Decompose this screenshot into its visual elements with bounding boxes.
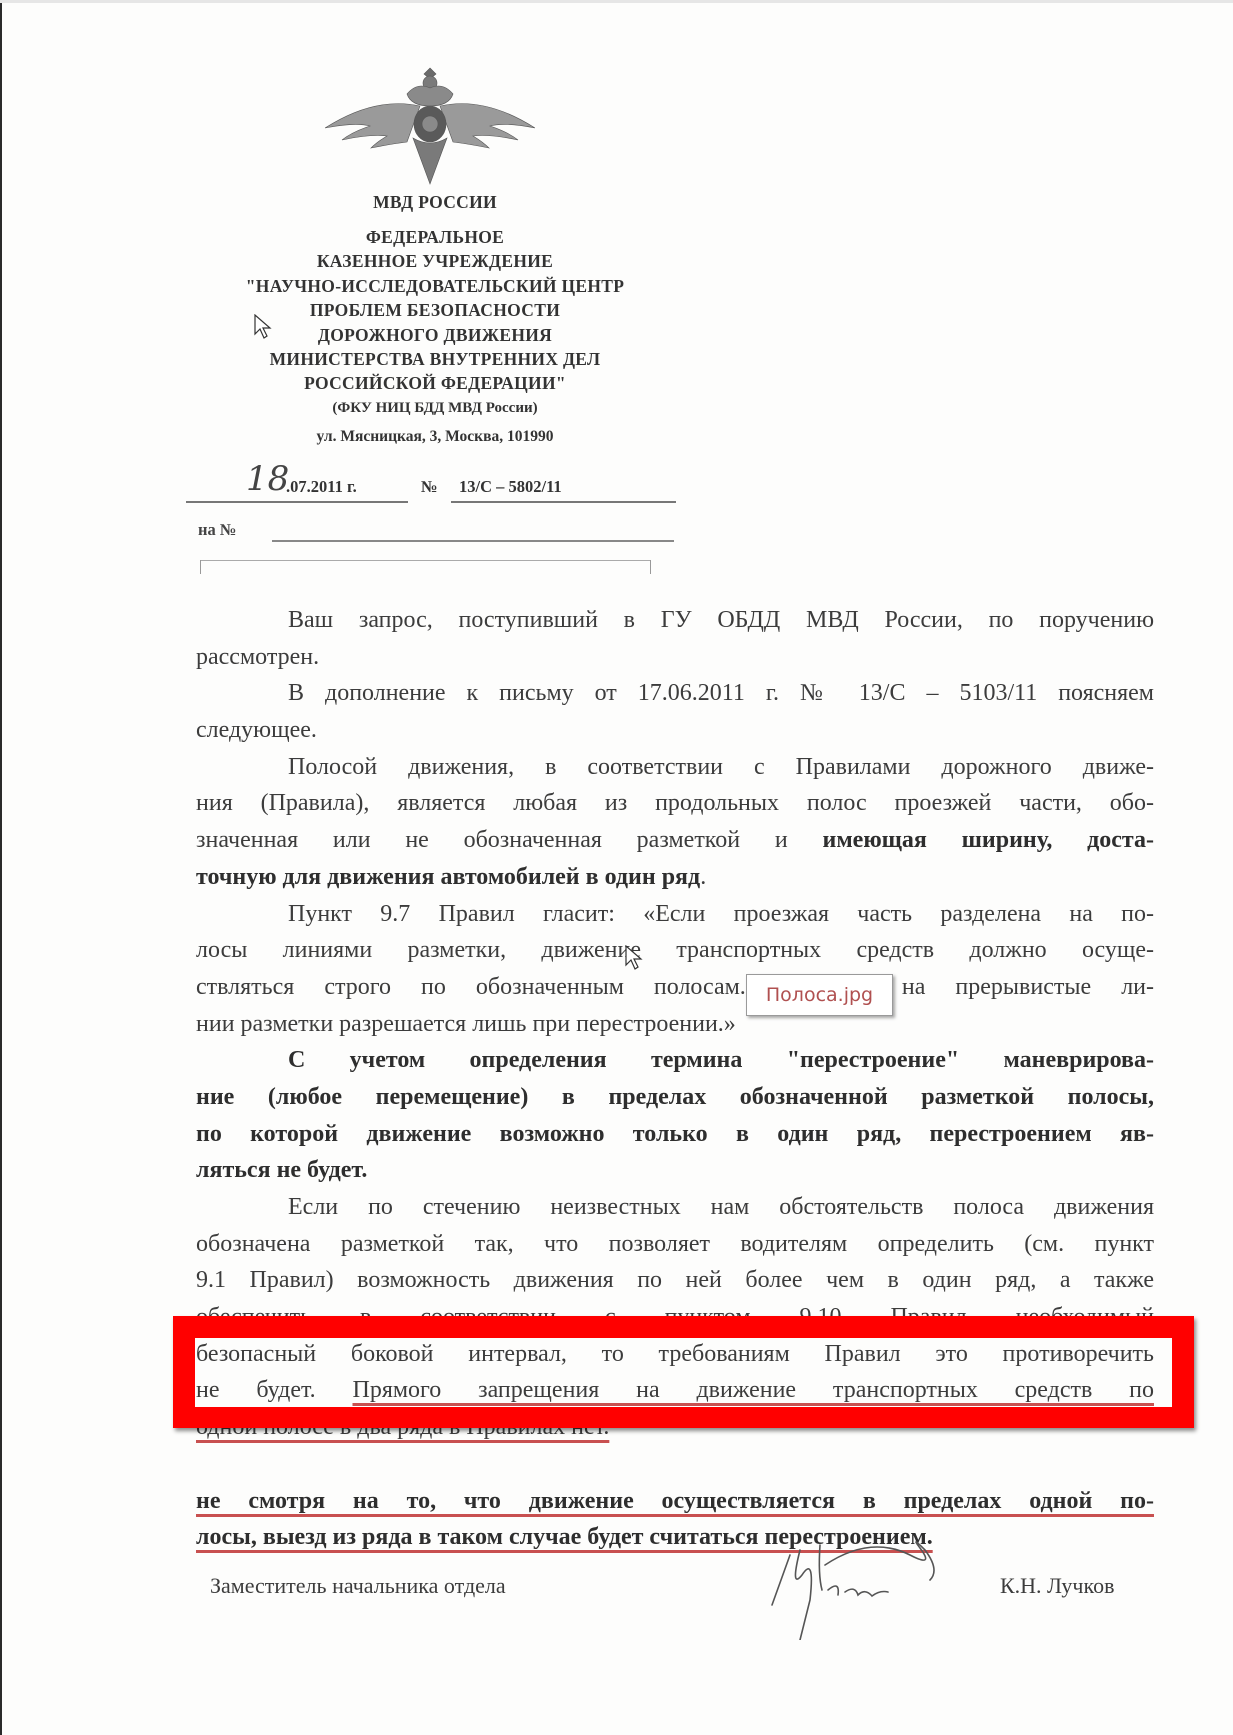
- body-text: лосы линиями разметки, движение транспор…: [196, 937, 1154, 963]
- body-line: ствляться строго по обозначенным полосам…: [196, 969, 1154, 1006]
- body-line: С учетом определения термина "перестроен…: [196, 1042, 1154, 1079]
- body-line: точную для движения автомобилей в один р…: [196, 859, 1154, 896]
- body-line: ляться не будет.: [196, 1152, 1154, 1189]
- body-text: Полосой движения, в соответствии с Прави…: [288, 754, 1154, 780]
- window-left-border: [0, 0, 2, 1735]
- printed-date: .07.2011 г.: [286, 477, 357, 497]
- body-text: имеющая ширину, доста-: [822, 827, 1154, 853]
- body-line: лосы линиями разметки, движение транспор…: [196, 932, 1154, 969]
- body-line: ние (любое перемещение) в пределах обозн…: [196, 1079, 1154, 1116]
- body-text: ствляться строго по обозначенным полосам…: [196, 974, 1154, 1000]
- reply-to-label: на №: [198, 520, 236, 540]
- body-line: не смотря на то, что движение осуществля…: [196, 1483, 1154, 1520]
- signatory-name: К.Н. Лучков: [1000, 1573, 1114, 1599]
- body-line: 9.1 Правил) возможность движения по ней …: [196, 1262, 1154, 1299]
- body-line: значенная или не обозначенная разметкой …: [196, 822, 1154, 859]
- body-text: по которой движение возможно только в од…: [196, 1121, 1154, 1147]
- body-text: точную для движения автомобилей в один р…: [196, 864, 700, 890]
- body-line: Ваш запрос, поступивший в ГУ ОБДД МВД Ро…: [196, 602, 1154, 639]
- body-line: по которой движение возможно только в од…: [196, 1116, 1154, 1153]
- body-line: Если по стечению неизвестных нам обстоят…: [196, 1189, 1154, 1226]
- body-line: Полосой движения, в соответствии с Прави…: [196, 749, 1154, 786]
- address-bracket-line: [200, 560, 650, 561]
- red-highlight-frame: [173, 1316, 1194, 1428]
- mouse-cursor-icon: [254, 314, 272, 340]
- body-line: В дополнение к письму от 17.06.2011 г. №…: [196, 675, 1154, 712]
- file-tooltip: Полоса.jpg: [746, 974, 893, 1016]
- org-line: РОССИЙСКОЙ ФЕДЕРАЦИИ": [180, 371, 690, 395]
- body-text: 9.1 Правил) возможность движения по ней …: [196, 1267, 1154, 1293]
- letterhead-ministry: МВД РОССИИ: [180, 190, 690, 214]
- mouse-cursor-icon: [625, 945, 643, 971]
- body-text: рассмотрен.: [196, 644, 319, 670]
- handwritten-day: 18: [246, 459, 289, 499]
- window-top-border: [0, 0, 1233, 3]
- org-line: КАЗЕННОЕ УЧРЕЖДЕНИЕ: [180, 249, 690, 273]
- date-underline: [186, 501, 408, 503]
- body-line: ния (Правила), является любая из продоль…: [196, 785, 1154, 822]
- org-abbreviation: (ФКУ НИЦ БДД МВД России): [180, 396, 690, 420]
- body-text: Ваш запрос, поступивший в ГУ ОБДД МВД Ро…: [288, 607, 1154, 633]
- handwritten-signature-icon: [760, 1530, 975, 1640]
- body-text: нии разметки разрешается лишь при перест…: [196, 1011, 736, 1037]
- body-line: обозначена разметкой так, что позволяет …: [196, 1226, 1154, 1263]
- ministry-name: МВД РОССИИ: [180, 190, 690, 214]
- body-text: ляться не будет.: [196, 1157, 367, 1183]
- body-text: не смотря на то, что движение осуществля…: [196, 1488, 1154, 1514]
- body-line: нии разметки разрешается лишь при перест…: [196, 1006, 1154, 1043]
- body-text: следующее.: [196, 717, 317, 743]
- body-line: Пункт 9.7 Правил гласит: «Если проезжая …: [196, 896, 1154, 933]
- number-sign: №: [421, 477, 438, 497]
- body-line: лосы, выезд из ряда в таком случае будет…: [196, 1519, 1154, 1556]
- body-text: С учетом определения термина "перестроен…: [288, 1047, 1154, 1073]
- document-number: 13/С – 5802/11: [459, 477, 562, 497]
- body-text: ния (Правила), является любая из продоль…: [196, 790, 1154, 816]
- reply-to-underline: [272, 540, 674, 542]
- org-line: МИНИСТЕРСТВА ВНУТРЕННИХ ДЕЛ: [180, 347, 690, 371]
- org-line: "НАУЧНО-ИССЛЕДОВАТЕЛЬСКИЙ ЦЕНТР: [180, 274, 690, 298]
- body-line: следующее.: [196, 712, 1154, 749]
- body-text: Пункт 9.7 Правил гласит: «Если проезжая …: [288, 901, 1154, 927]
- body-text: значенная или не обозначенная разметкой …: [196, 827, 822, 853]
- mvd-emblem-icon: [325, 66, 535, 186]
- body-text: Если по стечению неизвестных нам обстоят…: [288, 1194, 1154, 1220]
- address-bracket-left: [200, 560, 201, 574]
- date-number-row: 18 .07.2011 г. № 13/С – 5802/11: [186, 465, 676, 505]
- org-line: ФЕДЕРАЛЬНОЕ: [180, 225, 690, 249]
- address-bracket-right: [650, 560, 651, 574]
- body-line: рассмотрен.: [196, 639, 1154, 676]
- org-address: ул. Мясницкая, 3, Москва, 101990: [180, 420, 690, 454]
- signatory-title: Заместитель начальника отдела: [210, 1573, 506, 1599]
- body-text: .: [700, 864, 706, 890]
- body-text: В дополнение к письму от 17.06.2011 г. №…: [288, 680, 1154, 706]
- body-text: обозначена разметкой так, что позволяет …: [196, 1231, 1154, 1257]
- body-text: ние (любое перемещение) в пределах обозн…: [196, 1084, 1154, 1110]
- number-underline: [451, 501, 676, 503]
